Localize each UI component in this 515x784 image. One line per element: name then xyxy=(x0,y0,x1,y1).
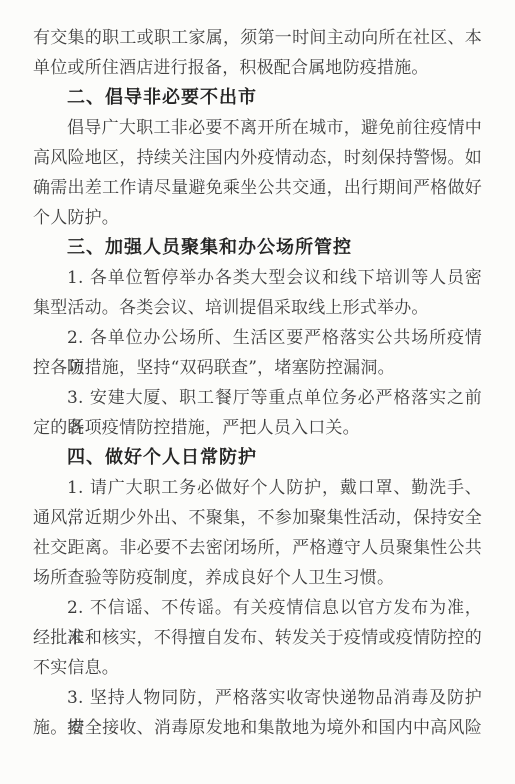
text-line: 有交集的职工或职工家属，须第一时间主动向所在社区、本 xyxy=(33,23,482,53)
text-line: 2. 不信谣、不传谣。有关疫情信息以官方发布为准，未 xyxy=(33,593,482,623)
text-line: 控各项措施，坚持“双码联查”，堵塞防控漏洞。 xyxy=(33,353,482,383)
text-line: 社交距离。非必要不去密闭场所，严格遵守人员聚集性公共 xyxy=(33,533,482,563)
text-line: 1. 请广大职工务必做好个人防护，戴口罩、勤洗手、常 xyxy=(33,473,482,503)
text-line: 2. 各单位办公场所、生活区要严格落实公共场所疫情防 xyxy=(33,323,482,353)
text-line: 1. 各单位暂停举办各类大型会议和线下培训等人员密 xyxy=(33,263,482,293)
text-line: 施。安全接收、消毒原发地和集散地为境外和国内中高风险 xyxy=(33,713,482,743)
section-heading-4: 四、做好个人日常防护 xyxy=(33,443,482,473)
text-line: 确需出差工作请尽量避免乘坐公共交通，出行期间严格做好 xyxy=(33,173,482,203)
text-line: 个人防护。 xyxy=(33,203,482,233)
document-page: 有交集的职工或职工家属，须第一时间主动向所在社区、本 单位或所住酒店进行报备，积… xyxy=(0,0,515,784)
text-line: 场所查验等防疫制度，养成良好个人卫生习惯。 xyxy=(33,563,482,593)
text-line: 3. 坚持人物同防，严格落实收寄快递物品消毒及防护措 xyxy=(33,683,482,713)
text-line: 倡导广大职工非必要不离开所在城市，避免前往疫情中 xyxy=(33,113,482,143)
text-line: 集型活动。各类会议、培训提倡采取线上形式举办。 xyxy=(33,293,482,323)
text-line: 定的各项疫情防控措施，严把人员入口关。 xyxy=(33,413,482,443)
text-line: 高风险地区，持续关注国内外疫情动态，时刻保持警惕。如 xyxy=(33,143,482,173)
text-line: 经批准和核实，不得擅自发布、转发关于疫情或疫情防控的 xyxy=(33,623,482,653)
text-line: 不实信息。 xyxy=(33,653,482,683)
text-line: 3. 安建大厦、职工餐厅等重点单位务必严格落实之前既 xyxy=(33,383,482,413)
text-line: 单位或所住酒店进行报备，积极配合属地防疫措施。 xyxy=(33,53,482,83)
section-heading-3: 三、加强人员聚集和办公场所管控 xyxy=(33,233,482,263)
section-heading-2: 二、倡导非必要不出市 xyxy=(33,83,482,113)
text-line: 通风，近期少外出、不聚集，不参加聚集性活动，保持安全 xyxy=(33,503,482,533)
